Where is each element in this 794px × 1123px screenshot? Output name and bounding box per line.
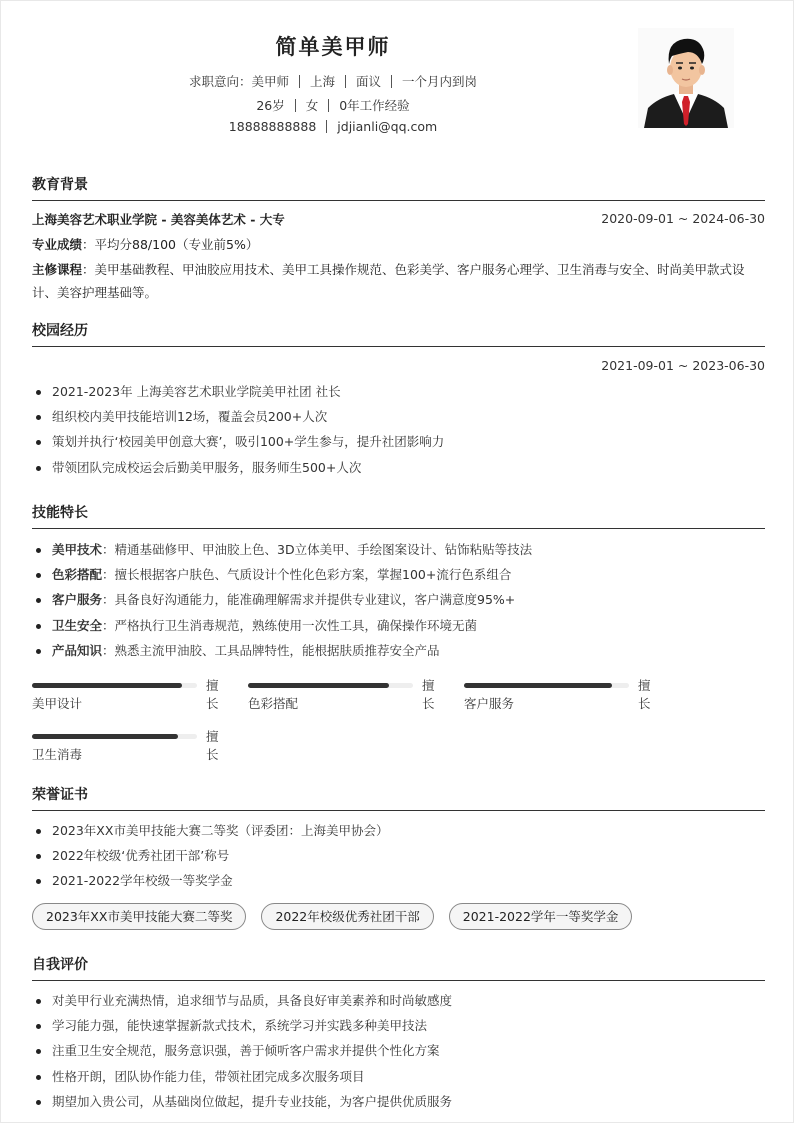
- self-evaluation-list: 对美甲行业充满热情，追求细节与品质，具备良好审美素养和时尚敏感度 学习能力强，能…: [32, 988, 765, 1114]
- divider: [295, 99, 296, 112]
- location: 上海: [310, 74, 335, 89]
- score-line: 专业成绩：平均分88/100（专业前5%）: [32, 236, 765, 254]
- section-divider: [32, 810, 765, 811]
- campus-date: 2021-09-01 ~ 2023-06-30: [601, 358, 765, 373]
- skill-bar-fill: [32, 734, 178, 739]
- candidate-name: 简单美甲师: [1, 31, 665, 61]
- score-value: ：平均分88/100（专业前5%）: [82, 237, 258, 252]
- skills-section: 技能特长 美甲技术：精通基础修甲、甲油胶上色、3D立体美甲、手绘图案设计、钻饰粘…: [32, 502, 765, 772]
- list-item: 组织校内美甲技能培训12场，覆盖会员200+人次: [32, 404, 765, 429]
- skill-level: 擅长: [206, 727, 219, 763]
- skill-level: 擅长: [638, 676, 651, 712]
- honor-tags: 2023年XX市美甲技能大赛二等奖 2022年校级优秀社团干部 2021-202…: [32, 903, 632, 930]
- courses-line: 主修课程：美甲基础教程、甲油胶应用技术、美甲工具操作规范、色彩美学、客户服务心理…: [32, 258, 765, 304]
- section-title: 校园经历: [32, 320, 765, 342]
- campus-section: 校园经历 2021-09-01 ~ 2023-06-30 2021-2023年 …: [32, 320, 765, 480]
- skill-name: 色彩搭配: [248, 694, 298, 712]
- resume-header: 简单美甲师 求职意向：美甲师上海面议一个月内到岗 26岁女0年工作经验 1888…: [1, 1, 794, 161]
- section-title: 荣誉证书: [32, 784, 765, 806]
- skill-bar-fill: [248, 683, 389, 688]
- section-title: 技能特长: [32, 502, 765, 524]
- honors-section: 荣誉证书 2023年XX市美甲技能大赛二等奖（评委团：上海美甲协会） 2022年…: [32, 784, 765, 934]
- skill-label: 客户服务: [52, 592, 102, 607]
- list-item: 美甲技术：精通基础修甲、甲油胶上色、3D立体美甲、手绘图案设计、钻饰粘贴等技法: [32, 537, 765, 562]
- skill-bar-track: [32, 683, 197, 688]
- skill-label: 卫生安全: [52, 618, 102, 633]
- section-title: 教育背景: [32, 174, 765, 196]
- skill-label: 产品知识: [52, 643, 102, 658]
- skill-name: 美甲设计: [32, 694, 82, 712]
- courses-value: ：美甲基础教程、甲油胶应用技术、美甲工具操作规范、色彩美学、客户服务心理学、卫生…: [32, 262, 745, 300]
- section-divider: [32, 528, 765, 529]
- divider: [345, 75, 346, 88]
- list-item: 客户服务：具备良好沟通能力，能准确理解需求并提供专业建议，客户满意度95%+: [32, 587, 765, 612]
- list-item: 2021-2022学年校级一等奖学金: [32, 868, 765, 893]
- contact-line: 18888888888jdjianli@qq.com: [1, 119, 665, 134]
- skill-text: ：精通基础修甲、甲油胶上色、3D立体美甲、手绘图案设计、钻饰粘贴等技法: [102, 542, 532, 557]
- divider: [391, 75, 392, 88]
- list-item: 策划并执行‘校园美甲创意大赛’，吸引100+学生参与，提升社团影响力: [32, 429, 765, 454]
- list-item: 2022年校级‘优秀社团干部’称号: [32, 843, 765, 868]
- list-item: 色彩搭配：擅长根据客户肤色、气质设计个性化色彩方案，掌握100+流行色系组合: [32, 562, 765, 587]
- job-intent: 求职意向：美甲师: [189, 74, 289, 89]
- experience: 0年工作经验: [339, 98, 409, 113]
- age: 26岁: [256, 98, 284, 113]
- section-divider: [32, 980, 765, 981]
- list-item: 注重卫生安全规范，服务意识强，善于倾听客户需求并提供个性化方案: [32, 1038, 765, 1063]
- score-label: 专业成绩: [32, 237, 82, 252]
- list-item: 期望加入贵公司，从基础岗位做起，提升专业技能，为客户提供优质服务: [32, 1089, 765, 1114]
- list-item: 对美甲行业充满热情，追求细节与品质，具备良好审美素养和时尚敏感度: [32, 988, 765, 1013]
- self-evaluation-section: 自我评价 对美甲行业充满热情，追求细节与品质，具备良好审美素养和时尚敏感度 学习…: [32, 954, 765, 1119]
- list-item: 2023年XX市美甲技能大赛二等奖（评委团：上海美甲协会）: [32, 818, 765, 843]
- divider: [299, 75, 300, 88]
- skill-text: ：熟悉主流甲油胶、工具品牌特性，能根据肤质推荐安全产品: [102, 643, 440, 658]
- skill-text: ：擅长根据客户肤色、气质设计个性化色彩方案，掌握100+流行色系组合: [102, 567, 511, 582]
- section-divider: [32, 346, 765, 347]
- section-divider: [32, 200, 765, 201]
- skill-bar-fill: [464, 683, 612, 688]
- skill-bar-fill: [32, 683, 182, 688]
- skill-level: 擅长: [422, 676, 435, 712]
- skill-bar-track: [32, 734, 197, 739]
- list-item: 性格开朗，团队协作能力佳，带领社团完成多次服务项目: [32, 1064, 765, 1089]
- resume-page: 简单美甲师 求职意向：美甲师上海面议一个月内到岗 26岁女0年工作经验 1888…: [0, 0, 794, 1123]
- avatar-photo-icon: [638, 28, 734, 128]
- skills-list: 美甲技术：精通基础修甲、甲油胶上色、3D立体美甲、手绘图案设计、钻饰粘贴等技法 …: [32, 537, 765, 663]
- salary: 面议: [356, 74, 381, 89]
- list-item: 学习能力强，能快速掌握新款式技术，系统学习并实践多种美甲技法: [32, 1013, 765, 1038]
- skill-label: 色彩搭配: [52, 567, 102, 582]
- skill-level: 擅长: [206, 676, 219, 712]
- availability: 一个月内到岗: [402, 74, 477, 89]
- education-section: 教育背景 上海美容艺术职业学院 - 美容美体艺术 - 大专 2020-09-01…: [32, 174, 765, 304]
- honor-tag: 2021-2022学年一等奖学金: [449, 903, 633, 930]
- honor-tag: 2022年校级优秀社团干部: [261, 903, 433, 930]
- courses-label: 主修课程: [32, 262, 82, 277]
- skill-bar-track: [464, 683, 629, 688]
- list-item: 带领团队完成校运会后勤美甲服务，服务师生500+人次: [32, 455, 765, 480]
- skill-name: 客户服务: [464, 694, 514, 712]
- personal-info-line: 26岁女0年工作经验: [1, 96, 665, 114]
- divider: [328, 99, 329, 112]
- skill-name: 卫生消毒: [32, 745, 82, 763]
- list-item: 卫生安全：严格执行卫生消毒规范，熟练使用一次性工具，确保操作环境无菌: [32, 613, 765, 638]
- avatar: [638, 28, 734, 128]
- divider: [326, 120, 327, 133]
- campus-list: 2021-2023年 上海美容艺术职业学院美甲社团 社长 组织校内美甲技能培训1…: [32, 379, 765, 480]
- honors-list: 2023年XX市美甲技能大赛二等奖（评委团：上海美甲协会） 2022年校级‘优秀…: [32, 818, 765, 894]
- skill-bar-track: [248, 683, 413, 688]
- section-title: 自我评价: [32, 954, 765, 976]
- phone: 18888888888: [229, 119, 316, 134]
- skill-text: ：具备良好沟通能力，能准确理解需求并提供专业建议，客户满意度95%+: [102, 592, 515, 607]
- email: jdjianli@qq.com: [337, 119, 437, 134]
- gender: 女: [306, 98, 319, 113]
- honor-tag: 2023年XX市美甲技能大赛二等奖: [32, 903, 246, 930]
- job-intent-line: 求职意向：美甲师上海面议一个月内到岗: [1, 72, 665, 90]
- list-item: 2021-2023年 上海美容艺术职业学院美甲社团 社长: [32, 379, 765, 404]
- skill-label: 美甲技术: [52, 542, 102, 557]
- skill-text: ：严格执行卫生消毒规范，熟练使用一次性工具，确保操作环境无菌: [102, 618, 477, 633]
- education-date: 2020-09-01 ~ 2024-06-30: [601, 211, 765, 226]
- list-item: 产品知识：熟悉主流甲油胶、工具品牌特性，能根据肤质推荐安全产品: [32, 638, 765, 663]
